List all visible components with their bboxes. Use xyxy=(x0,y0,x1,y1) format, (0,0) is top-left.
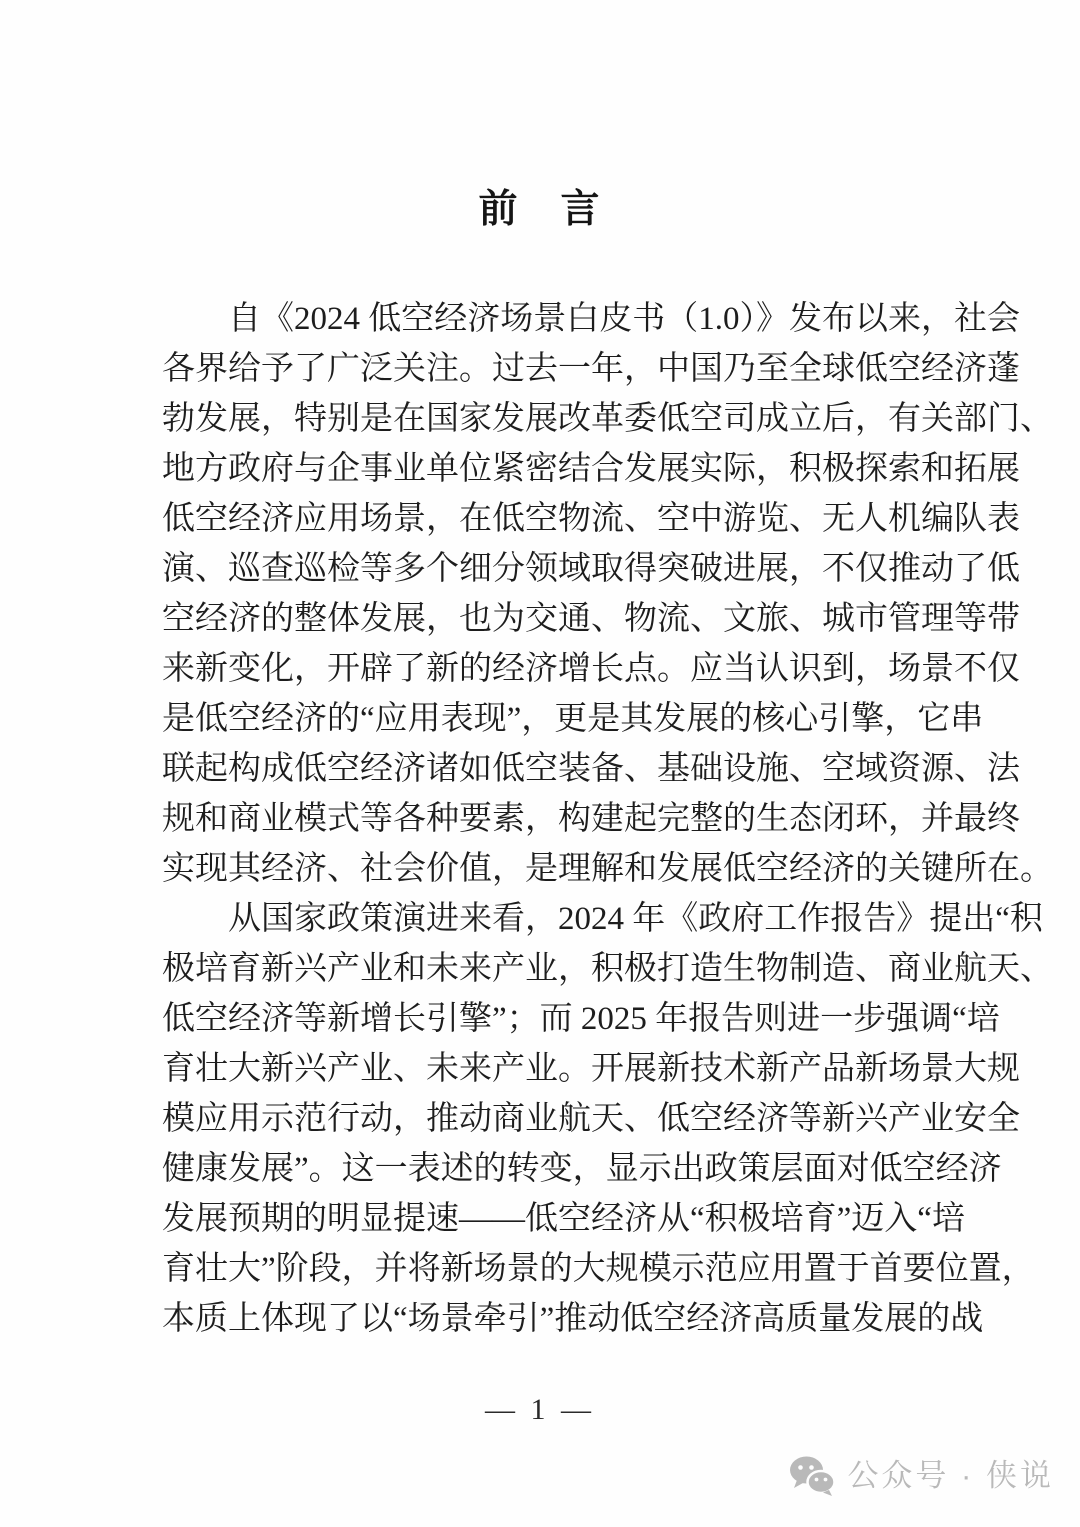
text-line: 勃发展，特别是在国家发展改革委低空司成立后，有关部门、 xyxy=(162,394,918,444)
text-line: 实现其经济、社会价值，是理解和发展低空经济的关键所在。 xyxy=(162,844,918,894)
page-number: — 1 — xyxy=(0,1390,1080,1430)
document-body: 自《2024 低空经济场景白皮书（1.0）》发布以来，社会 各界给予了广泛关注。… xyxy=(162,294,918,1344)
text-line: 育壮大新兴产业、未来产业。开展新技术新产品新场景大规 xyxy=(162,1044,918,1094)
text-line: 低空经济应用场景，在低空物流、空中游览、无人机编队表 xyxy=(162,494,918,544)
text-line: 模应用示范行动，推动商业航天、低空经济等新兴产业安全 xyxy=(162,1094,918,1144)
text-line: 本质上体现了以“场景牵引”推动低空经济高质量发展的战 xyxy=(162,1294,918,1344)
text-line: 联起构成低空经济诸如低空装备、基础设施、空域资源、法 xyxy=(162,744,918,794)
text-line: 各界给予了广泛关注。过去一年，中国乃至全球低空经济蓬 xyxy=(162,344,918,394)
text-line: 从国家政策演进来看，2024 年《政府工作报告》提出“积 xyxy=(162,894,918,944)
text-line: 低空经济等新增长引擎”；而 2025 年报告则进一步强调“培 xyxy=(162,994,918,1044)
text-line: 空经济的整体发展，也为交通、物流、文旅、城市管理等带 xyxy=(162,594,918,644)
text-line: 演、巡查巡检等多个细分领域取得突破进展，不仅推动了低 xyxy=(162,544,918,594)
text-line: 健康发展”。这一表述的转变，显示出政策层面对低空经济 xyxy=(162,1144,918,1194)
watermark: 公众号 · 侠说 xyxy=(789,1455,1054,1497)
paragraph: 从国家政策演进来看，2024 年《政府工作报告》提出“积 极培育新兴产业和未来产… xyxy=(162,894,918,1344)
watermark-text: 公众号 · 侠说 xyxy=(847,1455,1054,1497)
text-line: 极培育新兴产业和未来产业，积极打造生物制造、商业航天、 xyxy=(162,944,918,994)
page-title: 前 言 xyxy=(0,186,1080,234)
text-line: 是低空经济的“应用表现”，更是其发展的核心引擎，它串 xyxy=(162,694,918,744)
document-page: 前 言 自《2024 低空经济场景白皮书（1.0）》发布以来，社会 各界给予了广… xyxy=(0,0,1080,1527)
text-line: 来新变化，开辟了新的经济增长点。应当认识到，场景不仅 xyxy=(162,644,918,694)
wechat-icon xyxy=(789,1455,835,1497)
text-line: 发展预期的明显提速——低空经济从“积极培育”迈入“培 xyxy=(162,1194,918,1244)
text-line: 育壮大”阶段，并将新场景的大规模示范应用置于首要位置， xyxy=(162,1244,918,1294)
text-line: 地方政府与企事业单位紧密结合发展实际，积极探索和拓展 xyxy=(162,444,918,494)
text-line: 规和商业模式等各种要素，构建起完整的生态闭环，并最终 xyxy=(162,794,918,844)
text-line: 自《2024 低空经济场景白皮书（1.0）》发布以来，社会 xyxy=(162,294,918,344)
paragraph: 自《2024 低空经济场景白皮书（1.0）》发布以来，社会 各界给予了广泛关注。… xyxy=(162,294,918,894)
